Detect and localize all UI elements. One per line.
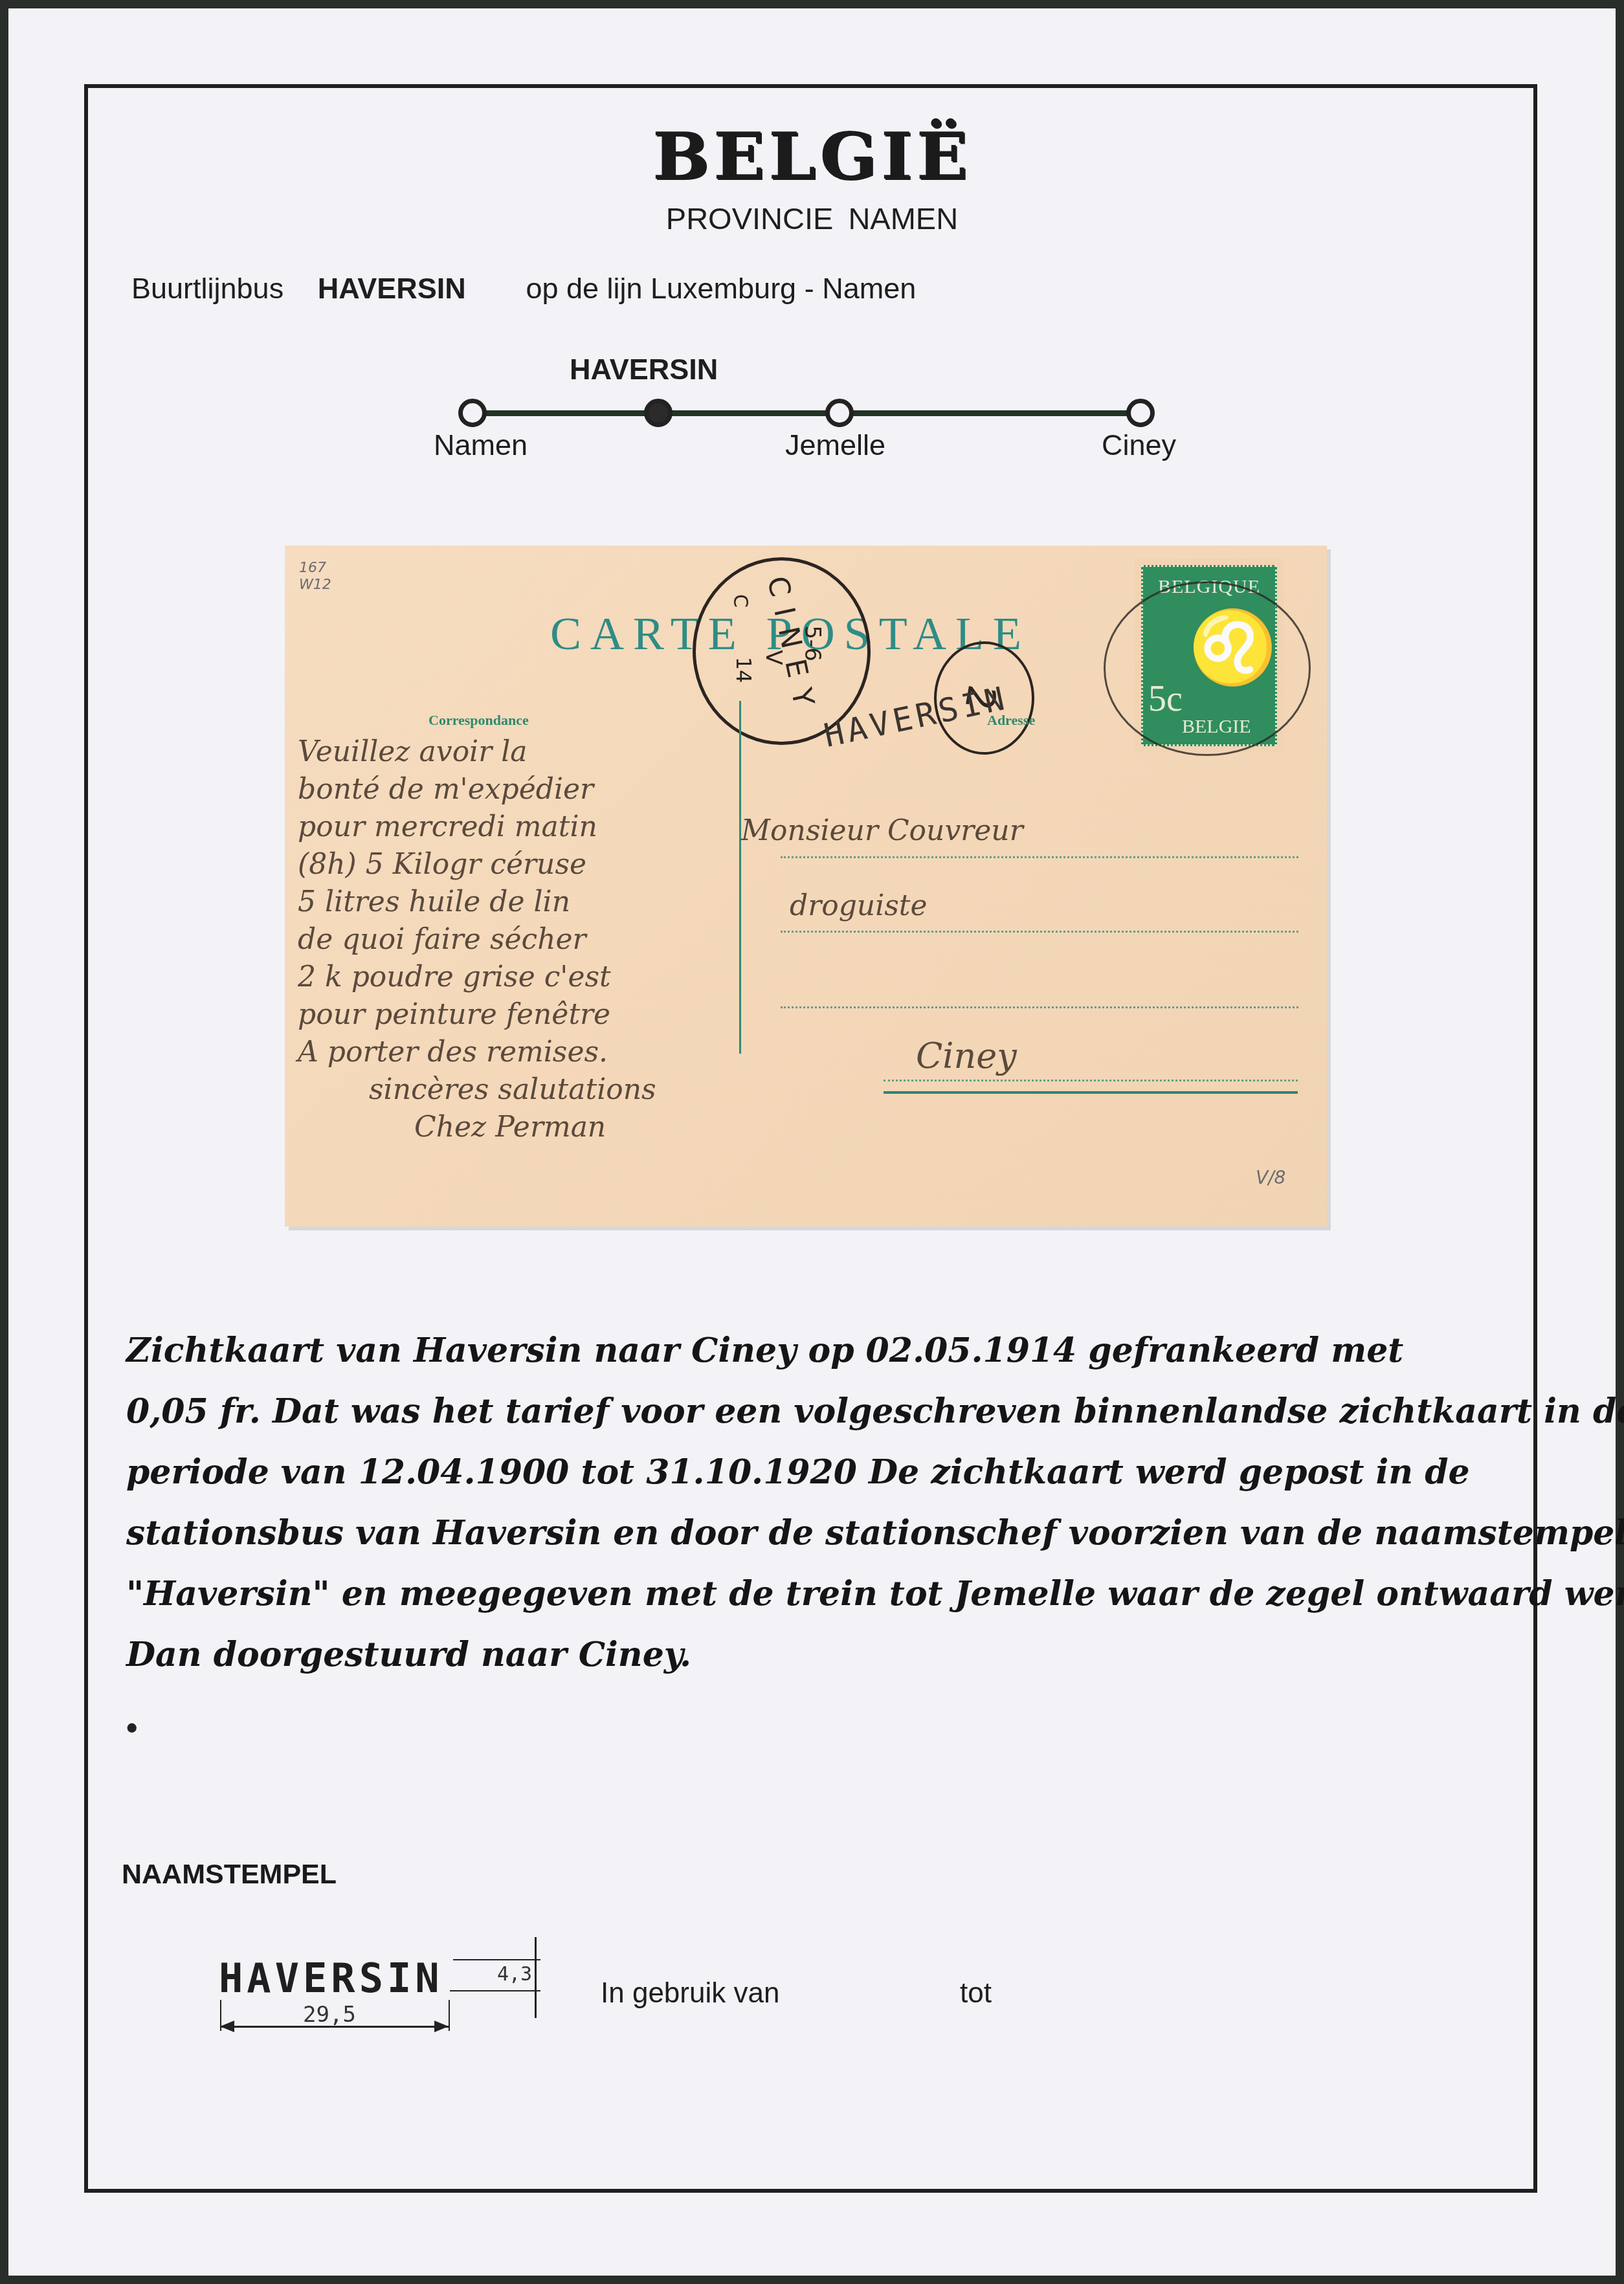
- route-stop-current: [644, 399, 673, 427]
- address-line-2: [781, 931, 1298, 933]
- in-use-to-label: tot: [960, 1977, 992, 2010]
- postcard-image: 167 W12 CARTE POSTALE CINEY 5-6 V 14 C 2…: [285, 546, 1327, 1226]
- message-line: de quoi faire sécher: [298, 921, 656, 959]
- route-stop-label: Ciney: [1102, 428, 1176, 462]
- message-line: Chez Perman: [298, 1109, 656, 1146]
- description-line: "Haversin" en meegegeven met de trein to…: [126, 1564, 1531, 1624]
- message-line: pour mercredi matin: [298, 808, 656, 846]
- description-line: Zichtkaart van Haversin naar Ciney op 02…: [126, 1320, 1531, 1381]
- postmark-date: 5-6: [799, 625, 825, 661]
- naamstempel-heading: NAAMSTEMPEL: [122, 1859, 337, 1890]
- description-text: Zichtkaart van Haversin naar Ciney op 02…: [126, 1320, 1531, 1685]
- description-line: stationsbus van Haversin en door de stat…: [126, 1503, 1531, 1564]
- route-stop-label: Namen: [434, 428, 528, 462]
- route-stop-namen: [458, 399, 487, 427]
- route-stop-ciney: [1126, 399, 1155, 427]
- description-line: 0,05 fr. Dat was het tarief voor een vol…: [126, 1381, 1531, 1442]
- handwritten-message: Veuillez avoir labonté de m'expédierpour…: [298, 733, 656, 1146]
- height-dim-line: [535, 1937, 537, 2018]
- description-line: periode van 12.04.1900 tot 31.10.1920 De…: [126, 1442, 1531, 1503]
- width-dim-right-tick: [449, 2000, 450, 2031]
- pencil-note-bottom: V/8: [1256, 1167, 1285, 1188]
- message-line: A porter des remises.: [298, 1034, 656, 1071]
- postmark-year: 14: [731, 657, 756, 683]
- arrow-right-icon: [434, 2021, 449, 2032]
- message-line: 2 k poudre grise c'est: [298, 959, 656, 996]
- address-underline: [884, 1091, 1298, 1094]
- arrow-left-icon: [220, 2021, 234, 2032]
- route-current-station: HAVERSIN: [570, 353, 718, 386]
- province-subtitle: PROVINCIE NAMEN: [0, 201, 1624, 236]
- height-dimension: 4,3: [497, 1963, 532, 1986]
- route-stop-jemelle: [825, 399, 854, 427]
- message-line: bonté de m'expédier: [298, 771, 656, 808]
- line-info: Buurtlijnbus HAVERSIN op de lijn Luxembu…: [131, 272, 916, 305]
- address-name: Monsieur Couvreur: [741, 812, 1023, 850]
- message-line: pour peinture fenêtre: [298, 996, 656, 1034]
- route-stop-label: Jemelle: [785, 428, 885, 462]
- message-line: 5 litres huile de lin: [298, 883, 656, 921]
- in-use-label: In gebruik van: [601, 1977, 779, 2010]
- postmark-letter: C: [729, 594, 751, 608]
- address-town: Ciney: [916, 1037, 1017, 1075]
- height-dim-top: [453, 1959, 540, 1960]
- line-suffix: op de lijn Luxemburg - Namen: [526, 272, 916, 305]
- line-office: HAVERSIN: [318, 272, 466, 305]
- line-prefix: Buurtlijnbus: [131, 272, 284, 305]
- address-line-3: [781, 1006, 1298, 1008]
- pencil-note-top: 167 W12: [299, 560, 325, 593]
- address-line-4: [884, 1080, 1298, 1081]
- message-line: (8h) 5 Kilogr céruse: [298, 846, 656, 883]
- message-line: sincères salutations: [298, 1071, 656, 1109]
- correspondence-label: Correspondance: [428, 712, 529, 729]
- postmark-month: V: [761, 650, 786, 665]
- naamstempel-impression: HAVERSIN: [219, 1955, 443, 2002]
- trailing-mark: •: [126, 1709, 138, 1746]
- address-line-1: [781, 856, 1298, 858]
- jemelle-postmark: [1104, 581, 1311, 756]
- address-profession: droguiste: [790, 887, 928, 925]
- width-dimension: 29,5: [303, 2002, 356, 2028]
- route-line: [473, 410, 1140, 416]
- height-dim-bottom: [450, 1990, 540, 1991]
- postcard-divider: [739, 701, 741, 1054]
- message-line: Veuillez avoir la: [298, 733, 656, 771]
- description-line: Dan doorgestuurd naar Ciney.: [126, 1624, 1531, 1685]
- country-title: BELGIË: [0, 118, 1624, 194]
